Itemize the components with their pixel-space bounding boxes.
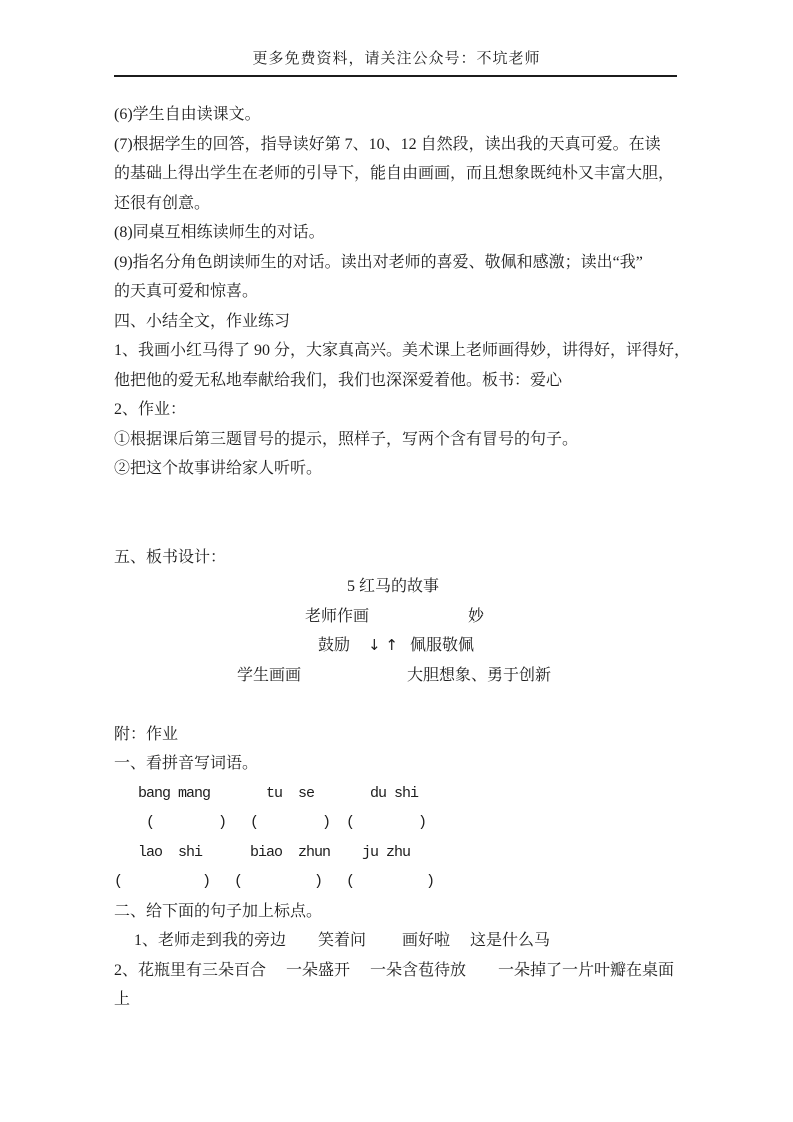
pinyin-row-1: bang mang tu se du shi — [114, 779, 734, 809]
exercise1-heading: 一、看拼音写词语。 — [114, 749, 734, 779]
paragraph-homework-item2: ②把这个故事讲给家人听听。 — [114, 454, 734, 484]
paragraph-homework-item1: ①根据课后第三题冒号的提示，照样子，写两个含有冒号的句子。 — [114, 425, 734, 455]
board-row-student: 学生画画 大胆想象、勇于创新 — [114, 661, 734, 691]
paragraph-homework-label: 2、作业： — [114, 395, 734, 425]
header-divider — [114, 75, 677, 77]
pinyin-row-2: lao shi biao zhun ju zhu — [114, 838, 734, 868]
section-heading-summary: 四、小结全文，作业练习 — [114, 307, 734, 337]
exercise2-item-1: 1、老师走到我的旁边 笑着问 画好啦 这是什么马 — [114, 926, 734, 956]
paragraph-step8: (8)同桌互相练读师生的对话。 — [114, 218, 734, 248]
paragraph-step9: (9)指名分角色朗读师生的对话。读出对老师的喜爱、敬佩和感激；读出“我” 的天真… — [114, 248, 734, 307]
blank-gap — [114, 690, 734, 720]
board-lesson-title: 5 红马的故事 — [347, 572, 439, 602]
board-row-teacher: 老师作画 妙 — [114, 602, 734, 632]
board-row-middle: 鼓励 ↓ ↑ 佩服敬佩 — [114, 631, 734, 661]
down-up-arrows-icon: ↓ ↑ — [368, 631, 398, 661]
board-teacher-paint: 老师作画 — [305, 602, 369, 632]
paragraph-step6: (6)学生自由读课文。 — [114, 100, 734, 130]
header-notice: 更多免费资料，请关注公众号：不坑老师 — [0, 0, 793, 70]
board-guli: 鼓励 — [318, 631, 350, 661]
paragraph-step7: (7)根据学生的回答，指导读好第 7、10、12 自然段，读出我的天真可爱。在读… — [114, 130, 734, 219]
section-heading-board-design: 五、板书设计： — [114, 543, 734, 573]
paragraph-summary-1: 1、我画小红马得了 90 分，大家真高兴。美术课上老师画得妙，讲得好，评得好， … — [114, 336, 734, 395]
exercise2-heading: 二、给下面的句子加上标点。 — [114, 897, 734, 927]
answer-blanks-row-2: ( ) ( ) ( ) — [114, 867, 734, 897]
board-title-row: 5 红马的故事 — [114, 572, 734, 602]
board-dadan: 大胆想象、勇于创新 — [407, 661, 551, 691]
answer-blanks-row-1: ( ) ( ) ( ) — [114, 808, 734, 838]
board-peifu: 佩服敬佩 — [410, 631, 474, 661]
document-page: 更多免费资料，请关注公众号：不坑老师 (6)学生自由读课文。 (7)根据学生的回… — [0, 0, 793, 1122]
document-body: (6)学生自由读课文。 (7)根据学生的回答，指导读好第 7、10、12 自然段… — [114, 100, 734, 1015]
attachment-heading: 附：作业 — [114, 720, 734, 750]
blank-gap — [114, 484, 734, 543]
board-miao: 妙 — [468, 602, 484, 632]
exercise2-item-2: 2、花瓶里有三朵百合 一朵盛开 一朵含苞待放 一朵掉了一片叶瓣在桌面 上 — [114, 956, 734, 1015]
board-student-paint: 学生画画 — [237, 661, 301, 691]
